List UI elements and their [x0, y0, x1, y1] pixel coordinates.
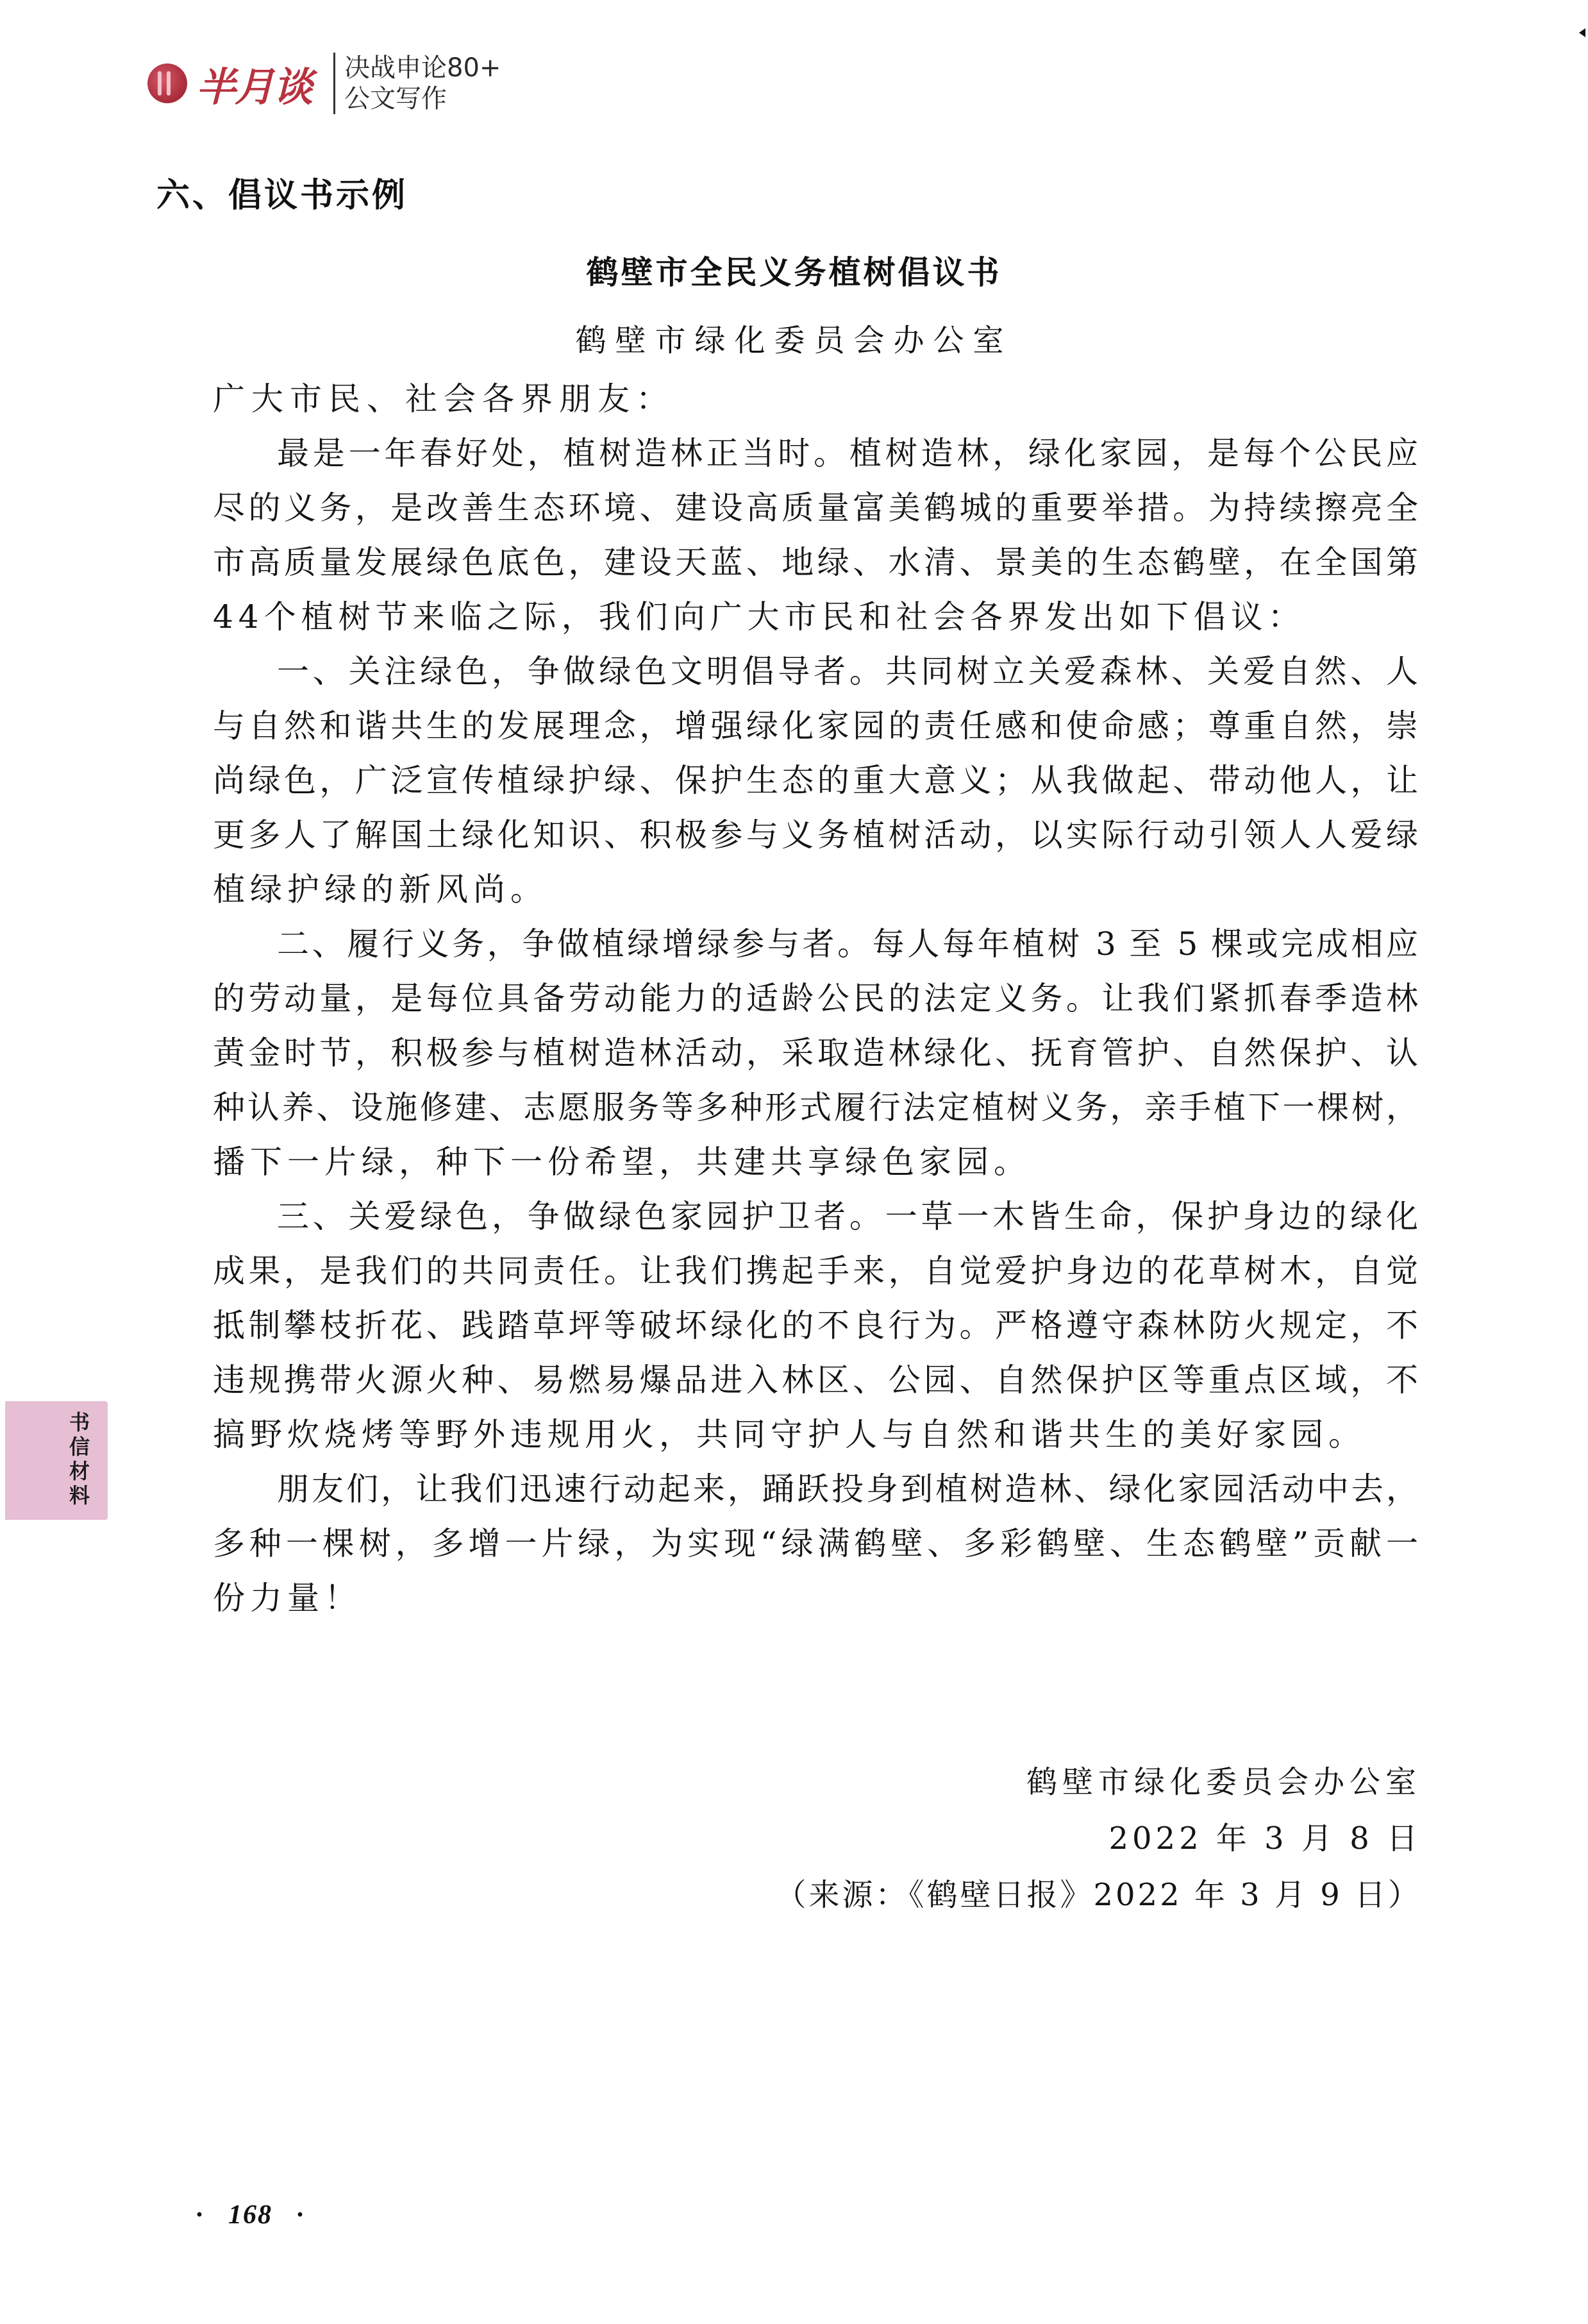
body-line: 二、履行义务，争做植绿增绿参与者。每人每年植树 3 至 5 棵或完成相应 [213, 917, 1418, 972]
page-number-dot-right: · [296, 2200, 306, 2230]
side-tab-label: 书信材料 [67, 1410, 92, 1508]
body-line: 三、关爱绿色，争做绿色家园护卫者。一草一木皆生命，保护身边的绿化 [213, 1190, 1418, 1244]
body-line: 尽的义务，是改善生态环境、建设高质量富美鹤城的重要举措。为持续擦亮全 [213, 481, 1418, 535]
book-subtitle-line2: 公文写作 [344, 83, 501, 114]
body-line: 最是一年春好处，植树造林正当时。植树造林，绿化家园，是每个公民应 [213, 426, 1418, 481]
source-citation: （来源：《鹤壁日报》2022 年 3 月 9 日） [775, 1867, 1421, 1923]
body-line: 一、关注绿色，争做绿色文明倡导者。共同树立关爱森林、关爱自然、人 [213, 644, 1418, 699]
body-line: 抵制攀枝折花、践踏草坪等破坏绿化的不良行为。严格遵守森林防火规定，不 [213, 1299, 1418, 1353]
body-line: 尚绿色，广泛宣传植绿护绿、保护生态的重大意义；从我做起、带动他人，让 [213, 754, 1418, 808]
document-title: 鹤壁市全民义务植树倡议书 [0, 247, 1588, 293]
page-number-value: 168 [228, 2200, 272, 2230]
page-number-dot-left: · [195, 2200, 205, 2230]
book-subtitle-line1: 决战申论80+ [344, 53, 501, 83]
body-line: 成果，是我们的共同责任。让我们携起手来，自觉爱护身边的花草树木，自觉 [213, 1244, 1418, 1299]
signature-block: 鹤壁市绿化委员会办公室 2022 年 3 月 8 日 （来源：《鹤壁日报》202… [775, 1754, 1421, 1923]
scan-artifact-mark [1579, 28, 1585, 37]
body-line: 植绿护绿的新风尚。 [213, 863, 1418, 917]
body-line: 的劳动量，是每位具备劳动能力的适龄公民的法定义务。让我们紧抓春季造林 [213, 972, 1418, 1026]
body-line: 更多人了解国土绿化知识、积极参与义务植树活动，以实际行动引领人人爱绿 [213, 808, 1418, 863]
body-line: 市高质量发展绿色底色，建设天蓝、地绿、水清、景美的生态鹤壁，在全国第 [213, 535, 1418, 590]
section-heading: 六、倡议书示例 [156, 168, 408, 216]
body-line: 播下一片绿，种下一份希望，共建共享绿色家园。 [213, 1135, 1418, 1190]
body-line: 种认养、设施修建、志愿服务等多种形式履行法定植树义务，亲手植下一棵树， [213, 1081, 1418, 1135]
body-line: 份力量！ [213, 1571, 1418, 1626]
header-divider [333, 53, 335, 114]
signature-org: 鹤壁市绿化委员会办公室 [775, 1754, 1421, 1810]
body-line: 搞野炊烧烤等野外违规用火，共同守护人与自然和谐共生的美好家园。 [213, 1408, 1418, 1462]
body-line: 朋友们，让我们迅速行动起来，踊跃投身到植树造林、绿化家园活动中去， [213, 1462, 1418, 1517]
page-number: ·168· [172, 2200, 329, 2230]
signature-date: 2022 年 3 月 8 日 [775, 1810, 1421, 1867]
document-author: 鹤壁市绿化委员会办公室 [0, 316, 1588, 360]
salutation: 广大市民、社会各界朋友： [213, 372, 1418, 426]
brand-name: 半月谈 [196, 55, 312, 112]
body-line: 黄金时节，积极参与植树造林活动，采取造林绿化、抚育管护、自然保护、认 [213, 1026, 1418, 1081]
brand-logo-icon [147, 63, 187, 103]
body-lines: 最是一年春好处，植树造林正当时。植树造林，绿化家园，是每个公民应尽的义务，是改善… [213, 426, 1418, 1626]
document-body: 广大市民、社会各界朋友： 最是一年春好处，植树造林正当时。植树造林，绿化家园，是… [213, 372, 1418, 1626]
body-line: 44个植树节来临之际，我们向广大市民和社会各界发出如下倡议： [213, 590, 1418, 644]
book-subtitle: 决战申论80+ 公文写作 [344, 53, 501, 114]
body-line: 违规携带火源火种、易燃易爆品进入林区、公园、自然保护区等重点区域，不 [213, 1353, 1418, 1408]
page-header: 半月谈 决战申论80+ 公文写作 [147, 45, 501, 122]
body-line: 多种一棵树，多增一片绿，为实现“绿满鹤壁、多彩鹤壁、生态鹤壁”贡献一 [213, 1517, 1418, 1571]
body-line: 与自然和谐共生的发展理念，增强绿化家园的责任感和使命感；尊重自然，崇 [213, 699, 1418, 754]
side-tab: 书信材料 [5, 1401, 108, 1520]
